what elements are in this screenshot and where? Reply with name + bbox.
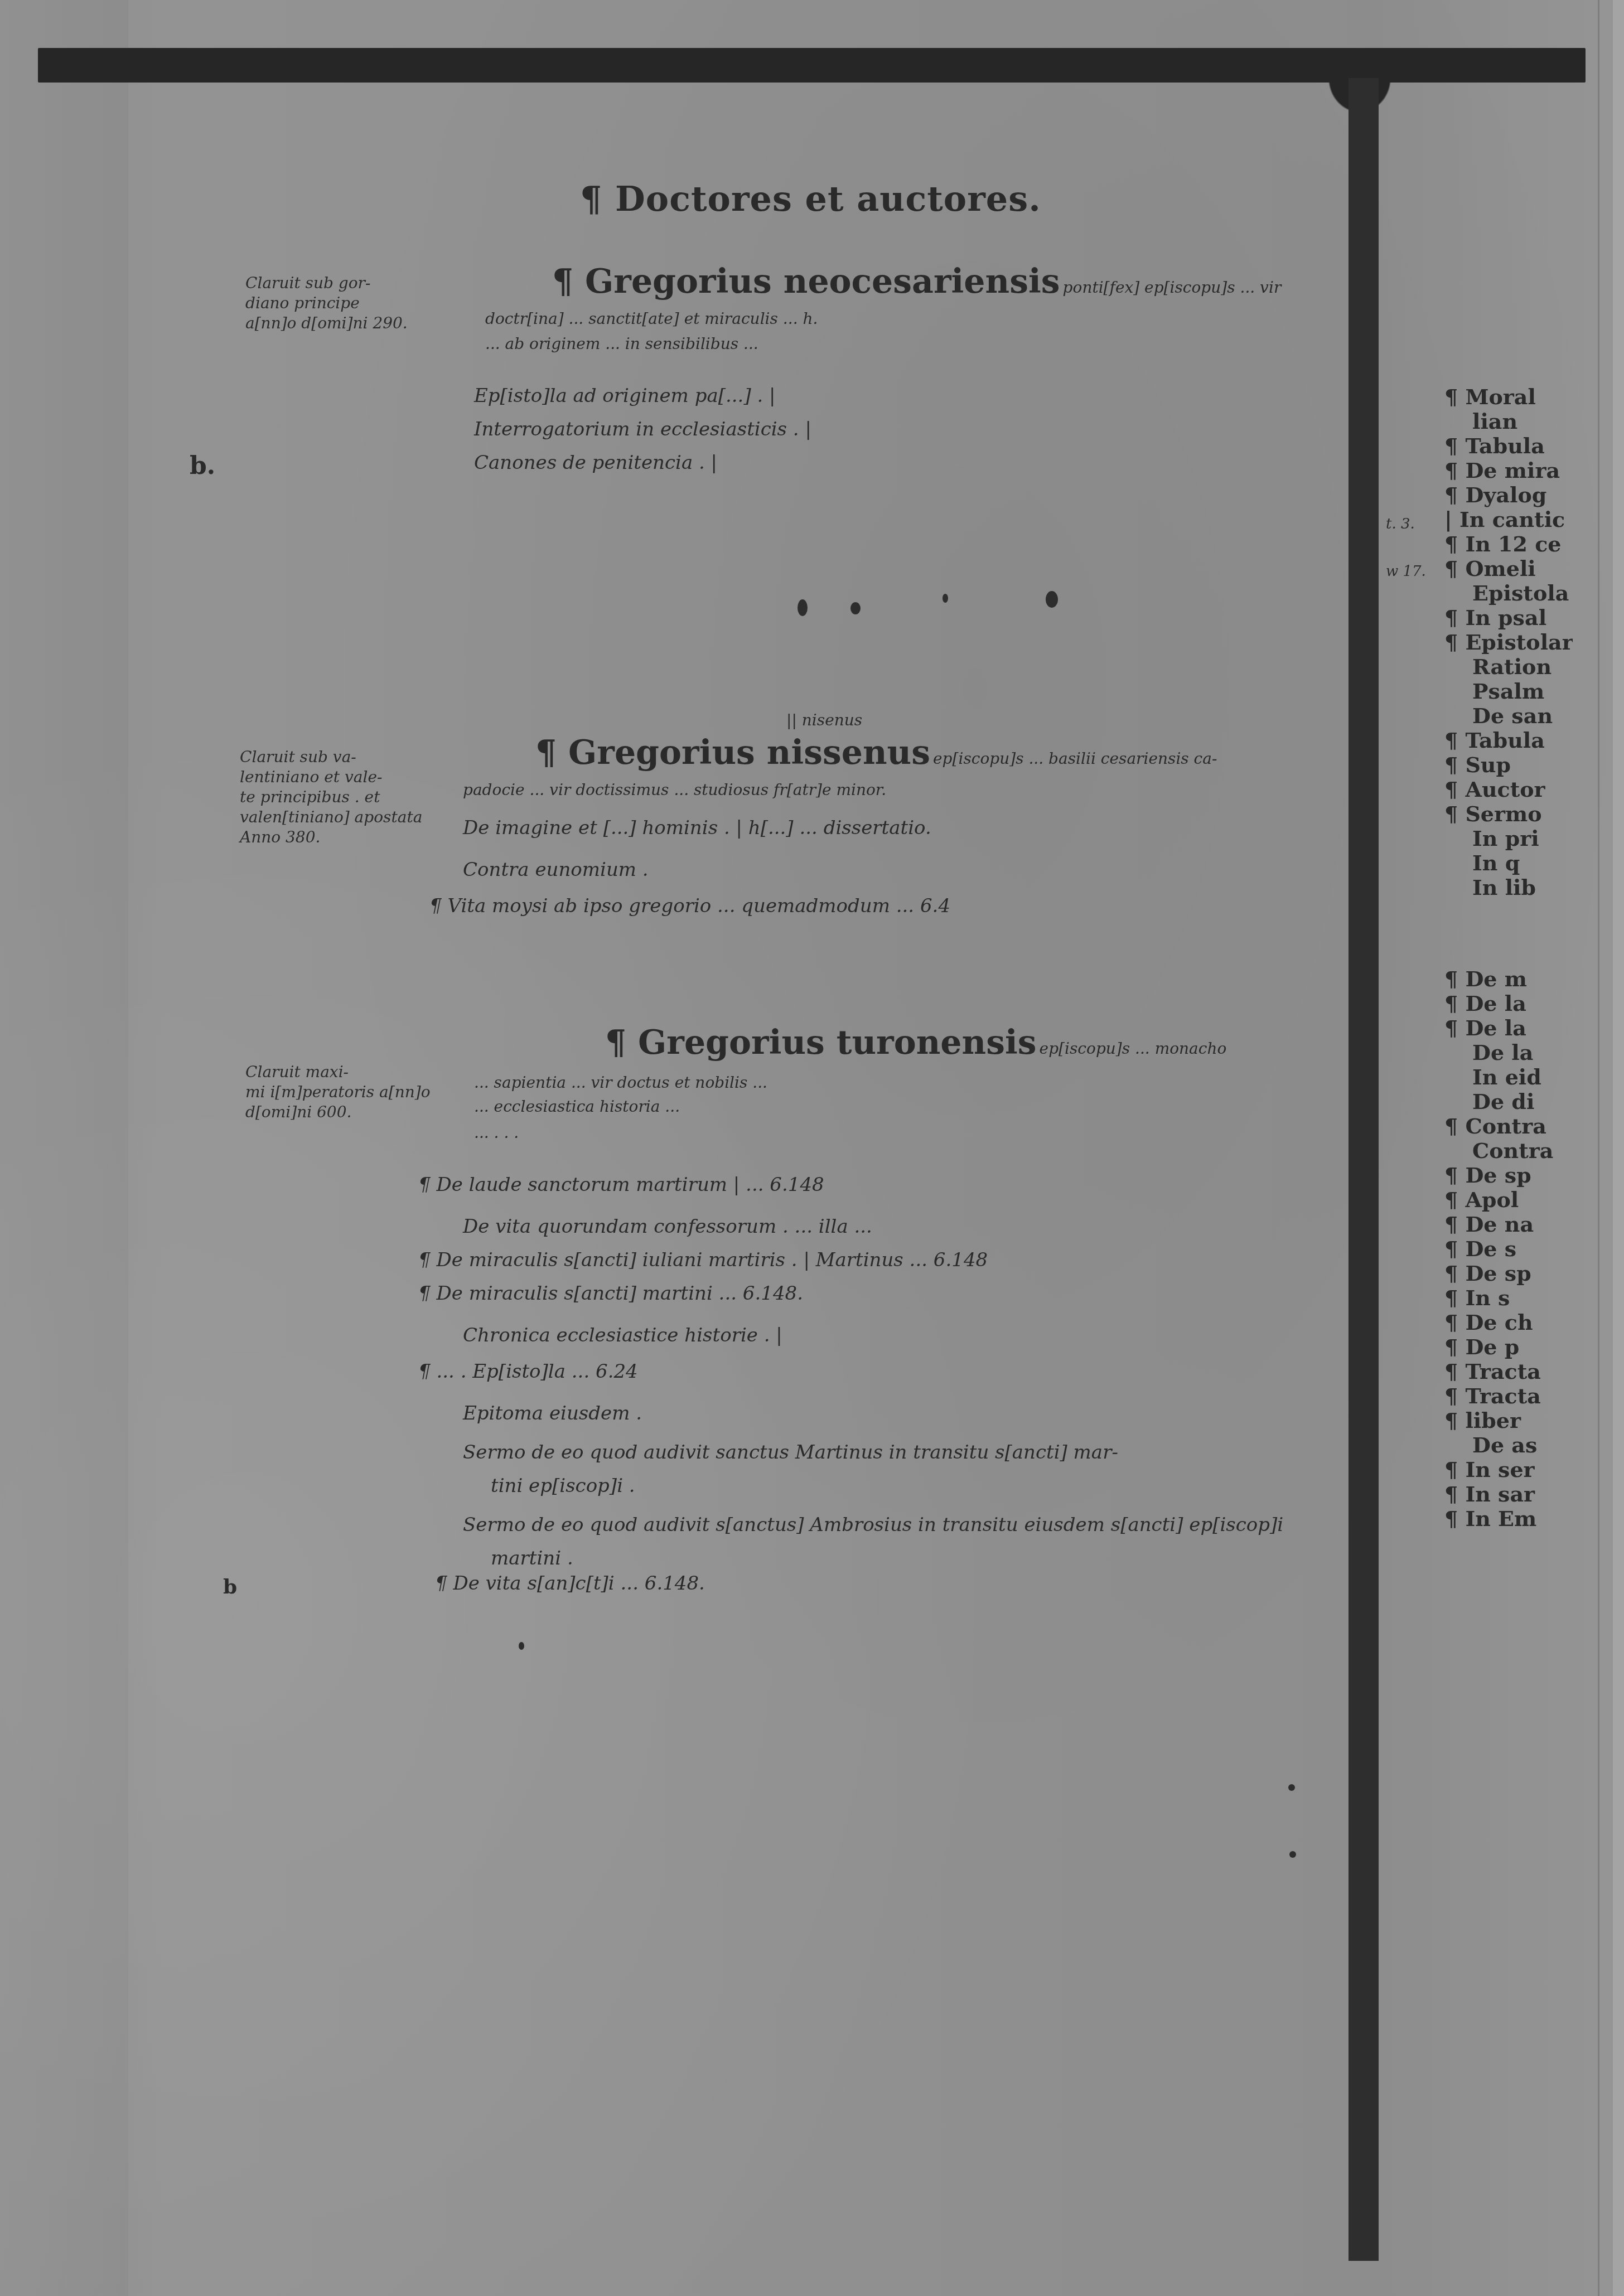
rc-line: lian <box>1444 409 1573 434</box>
manuscript-page <box>0 0 1624 2296</box>
entry-desc-line: padocie ... vir doctissimus ... studiosu… <box>463 781 886 799</box>
work-line: ¶ Vita moysi ab ipso gregorio ... quemad… <box>429 895 950 917</box>
rc-line: De san <box>1444 704 1573 728</box>
rc-line: ¶ In 12 ce <box>1444 532 1573 556</box>
rc-line: ¶ Contra <box>1444 1114 1573 1139</box>
entry-gregorius-turonensis: ¶ Gregorius turonensis ep[iscopu]s ... m… <box>605 1023 1226 1062</box>
rc-line: ¶ In s <box>1444 1286 1573 1310</box>
rc-line: ¶ Apol <box>1444 1188 1573 1212</box>
work-line: ¶ ... . Ep[isto]la ... 6.24 <box>418 1360 638 1383</box>
ink-blot <box>797 599 808 616</box>
margin-note-2: Claruit sub va- lentiniano et vale- te p… <box>240 747 422 847</box>
work-line: De vita quorundam confessorum . ... illa… <box>463 1215 872 1238</box>
rc-line: ¶ De mira <box>1444 458 1573 483</box>
rc-line: ¶ De na <box>1444 1212 1573 1237</box>
vertical-ink-rule <box>1348 78 1379 2261</box>
work-line: ¶ De laude sanctorum martirum | ... 6.14… <box>418 1174 824 1196</box>
entry-desc-line: ep[iscopu]s ... basilii cesariensis ca- <box>933 749 1217 768</box>
rc-line: ¶ In psal <box>1444 606 1573 630</box>
work-line: De imagine et [...] hominis . | h[...] .… <box>463 817 931 839</box>
rc-line: ¶ liber <box>1444 1408 1573 1433</box>
work-line: Chronica ecclesiastice historie . | <box>463 1324 782 1346</box>
rc-line: In q <box>1444 851 1573 875</box>
rc-line: ¶ De sp <box>1444 1163 1573 1188</box>
rc-line: In eid <box>1444 1065 1573 1089</box>
rc-line: ¶ De ch <box>1444 1310 1573 1335</box>
rc-line: ¶ De p <box>1444 1335 1573 1359</box>
rc-line: | In cantic <box>1444 507 1573 532</box>
page-edge-fold <box>1598 0 1599 2296</box>
entry-desc-line: ... ecclesiastica historia ... <box>474 1097 680 1116</box>
work-line: Interrogatorium in ecclesiasticis . | <box>474 418 811 440</box>
entry-desc-line: ... ab originem ... in sensibilibus ... <box>485 335 758 353</box>
ink-blot <box>1288 1784 1295 1791</box>
margin-note-line: a[nn]o d[omi]ni 290. <box>245 313 408 333</box>
page-left-margin-shadow <box>0 0 128 2296</box>
work-line: ¶ De miraculis s[ancti] martini ... 6.14… <box>418 1282 803 1305</box>
margin-note-line: Anno 380. <box>240 827 422 847</box>
rc-line: ¶ Epistolar <box>1444 630 1573 655</box>
rc-line: ¶ Tabula <box>1444 434 1573 458</box>
rc-line: ¶ De m <box>1444 967 1573 991</box>
rc-line: ¶ Moral <box>1444 385 1573 409</box>
rc-line: Psalm <box>1444 679 1573 704</box>
entry-title: ¶ Gregorius neocesariensis <box>552 262 1060 301</box>
ink-blot <box>519 1642 524 1650</box>
margin-note-line: diano principe <box>245 293 408 313</box>
margin-note-line: Claruit sub va- <box>240 747 422 767</box>
ink-blot <box>850 602 861 614</box>
entry-title: ¶ Gregorius nissenus <box>535 733 930 772</box>
rc-line: ¶ De la <box>1444 1016 1573 1040</box>
rc-line: ¶ De sp <box>1444 1261 1573 1286</box>
work-line: Sermo de eo quod audivit sanctus Martinu… <box>463 1441 1118 1464</box>
rc-line: ¶ De s <box>1444 1237 1573 1261</box>
ink-blot <box>1046 591 1058 608</box>
top-ink-rule <box>38 48 1586 83</box>
entry-title: ¶ Gregorius turonensis <box>605 1023 1037 1062</box>
margin-note-line: Claruit maxi- <box>245 1062 431 1082</box>
rc-line: In lib <box>1444 875 1573 900</box>
work-line: Sermo de eo quod audivit s[anctus] Ambro… <box>463 1514 1283 1536</box>
entry-pre-note: || nisenus <box>786 711 862 729</box>
entry-desc-line: ... sapientia ... vir doctus et nobilis … <box>474 1073 767 1092</box>
margin-note-line: d[omi]ni 600. <box>245 1102 431 1122</box>
margin-note-line: lentiniano et vale- <box>240 767 422 787</box>
rc-line: De di <box>1444 1089 1573 1114</box>
adjacent-page-column: ¶ Moral lian ¶ Tabula ¶ De mira ¶ Dyalog… <box>1444 385 1573 1531</box>
work-line: ¶ De vita s[an]c[t]i ... 6.148. <box>435 1572 705 1595</box>
ink-blot <box>942 594 948 603</box>
margin-note-line: valen[tiniano] apostata <box>240 807 422 827</box>
rc-line: De as <box>1444 1433 1573 1457</box>
rc-line: ¶ Sup <box>1444 753 1573 777</box>
right-margin-note: t. 3. <box>1386 516 1415 532</box>
rc-line: Ration <box>1444 655 1573 679</box>
rc-line: ¶ In sar <box>1444 1482 1573 1507</box>
entry-desc-line: ep[iscopu]s ... monacho <box>1040 1039 1227 1058</box>
work-line: Epitoma eiusdem . <box>463 1402 642 1425</box>
right-margin-note: w 17. <box>1386 563 1426 580</box>
ink-blot <box>1289 1851 1296 1858</box>
rc-line: ¶ Tracta <box>1444 1384 1573 1408</box>
entry-gregorius-neocesariensis: ¶ Gregorius neocesariensis ponti[fex] ep… <box>552 262 1281 301</box>
rc-line: ¶ In ser <box>1444 1457 1573 1482</box>
margin-note-line: Claruit sub gor- <box>245 273 408 293</box>
rc-line: ¶ Tracta <box>1444 1359 1573 1384</box>
page-heading: ¶ Doctores et auctores. <box>580 178 1041 219</box>
entry-desc-line: ... . . . <box>474 1123 519 1142</box>
work-line: Contra eunomium . <box>463 859 649 881</box>
rc-line: De la <box>1444 1040 1573 1065</box>
margin-letter-b: b <box>223 1575 237 1599</box>
margin-letter-b: b. <box>190 452 215 480</box>
work-line: tini ep[iscop]i . <box>491 1475 635 1497</box>
entry-desc-line: doctr[ina] ... sanctit[ate] et miraculis… <box>485 309 818 328</box>
rc-line: ¶ Omeli <box>1444 556 1573 581</box>
margin-note-line: te principibus . et <box>240 787 422 807</box>
margin-note-3: Claruit maxi- mi i[m]peratoris a[nn]o d[… <box>245 1062 431 1122</box>
rc-line: In pri <box>1444 826 1573 851</box>
rc-line: ¶ Auctor <box>1444 777 1573 802</box>
work-line: Ep[isto]la ad originem pa[...] . | <box>474 385 776 407</box>
rc-line: Epistola <box>1444 581 1573 606</box>
entry-desc-line: ponti[fex] ep[iscopu]s ... vir <box>1063 278 1282 297</box>
margin-note-1: Claruit sub gor- diano principe a[nn]o d… <box>245 273 408 333</box>
rc-line: ¶ De la <box>1444 991 1573 1016</box>
rc-line: ¶ Sermo <box>1444 802 1573 826</box>
rc-line: ¶ Dyalog <box>1444 483 1573 507</box>
work-line: martini . <box>491 1547 573 1570</box>
entry-gregorius-nissenus: ¶ Gregorius nissenus ep[iscopu]s ... bas… <box>535 733 1217 772</box>
work-line: Canones de penitencia . | <box>474 452 717 474</box>
rc-line: ¶ In Em <box>1444 1507 1573 1531</box>
work-line: ¶ De miraculis s[ancti] iuliani martiris… <box>418 1249 988 1271</box>
margin-note-line: mi i[m]peratoris a[nn]o <box>245 1082 431 1102</box>
rc-line: ¶ Tabula <box>1444 728 1573 753</box>
page-outer-edge <box>1613 0 1624 2296</box>
rc-spacer <box>1444 900 1573 967</box>
rc-line: Contra <box>1444 1139 1573 1163</box>
